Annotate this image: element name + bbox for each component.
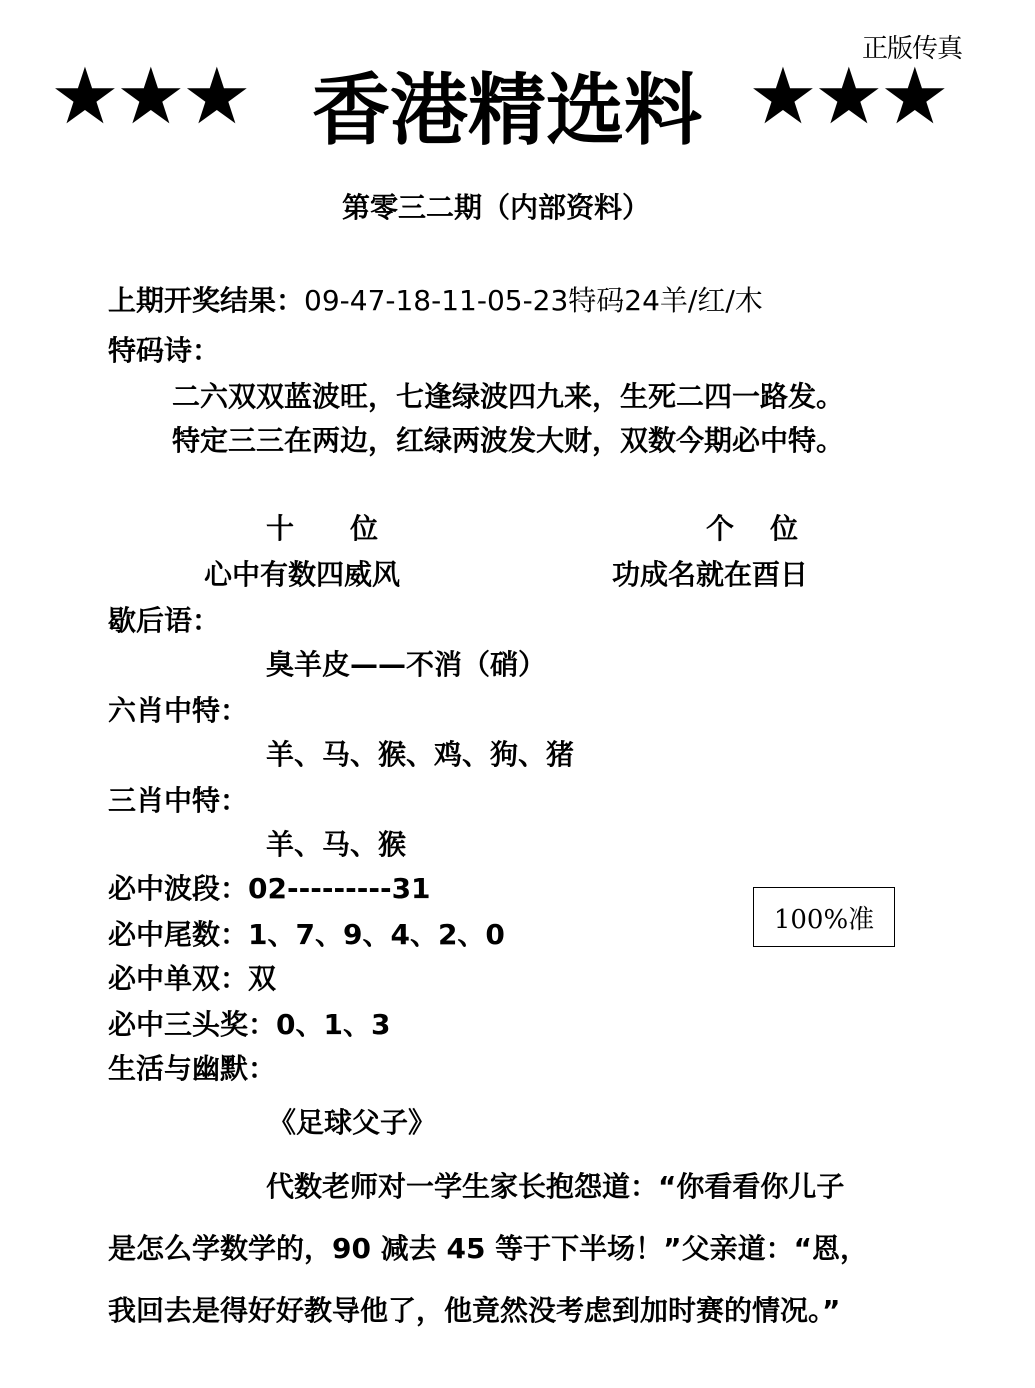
tail-numbers-label: 必中尾数： [108, 918, 248, 951]
tail-numbers-value: 1、7、9、4、2、0 [248, 918, 505, 951]
three-heads-label: 必中三头奖： [108, 1008, 276, 1041]
humor-line-1: 代数老师对一学生家长抱怨道：“你看看你儿子 [266, 1170, 844, 1204]
wave-range-row: 必中波段：02---------31 [108, 872, 431, 906]
six-zodiac-value: 羊、马、猴、鸡、狗、猪 [266, 738, 574, 772]
wave-range-value: 02---------31 [248, 872, 431, 905]
humor-label: 生活与幽默： [108, 1052, 276, 1086]
accuracy-badge: 100%准 [753, 887, 895, 947]
humor-title: 《足球父子》 [268, 1106, 436, 1140]
units-digit-hint: 功成名就在酉日 [612, 558, 808, 592]
humor-line-3: 我回去是得好好教导他了，他竟然没考虑到加时赛的情况。” [108, 1294, 840, 1328]
three-zodiac-label: 三肖中特： [108, 784, 248, 818]
odd-even-label: 必中单双： [108, 962, 248, 995]
xiehouyu-value: 臭羊皮——不消（硝） [266, 648, 546, 682]
odd-even-row: 必中单双：双 [108, 962, 276, 996]
odd-even-value: 双 [248, 962, 276, 995]
wave-range-label: 必中波段： [108, 872, 248, 905]
three-heads-row: 必中三头奖：0、1、3 [108, 1008, 390, 1042]
tens-digit-hint: 心中有数四威风 [204, 558, 400, 592]
poem-label: 特码诗： [108, 334, 220, 368]
issue-subtitle: 第零三二期（内部资料） [342, 186, 650, 226]
units-digit-label: 个 位 [706, 512, 802, 546]
star-icons-left: ★★★ [50, 58, 248, 136]
tens-digit-label: 十 位 [266, 512, 392, 546]
last-result-value: 09-47-18-11-05-23特码24羊/红/木 [304, 284, 763, 317]
three-heads-value: 0、1、3 [276, 1008, 390, 1041]
tail-numbers-row: 必中尾数：1、7、9、4、2、0 [108, 918, 505, 952]
poem-line-1: 二六双双蓝波旺，七逢绿波四九来，生死二四一路发。 [172, 380, 844, 414]
page-title: 香港精选料 [312, 66, 702, 156]
last-result-row: 上期开奖结果：09-47-18-11-05-23特码24羊/红/木 [108, 284, 763, 318]
six-zodiac-label: 六肖中特： [108, 694, 248, 728]
three-zodiac-value: 羊、马、猴 [266, 828, 406, 862]
star-icons-right: ★★★ [748, 58, 946, 136]
xiehouyu-label: 歇后语： [108, 604, 220, 638]
poem-line-2: 特定三三在两边，红绿两波发大财，双数今期必中特。 [172, 424, 844, 458]
humor-line-2: 是怎么学数学的，90 减去 45 等于下半场！”父亲道：“恩， [108, 1232, 868, 1266]
last-result-label: 上期开奖结果： [108, 284, 304, 317]
